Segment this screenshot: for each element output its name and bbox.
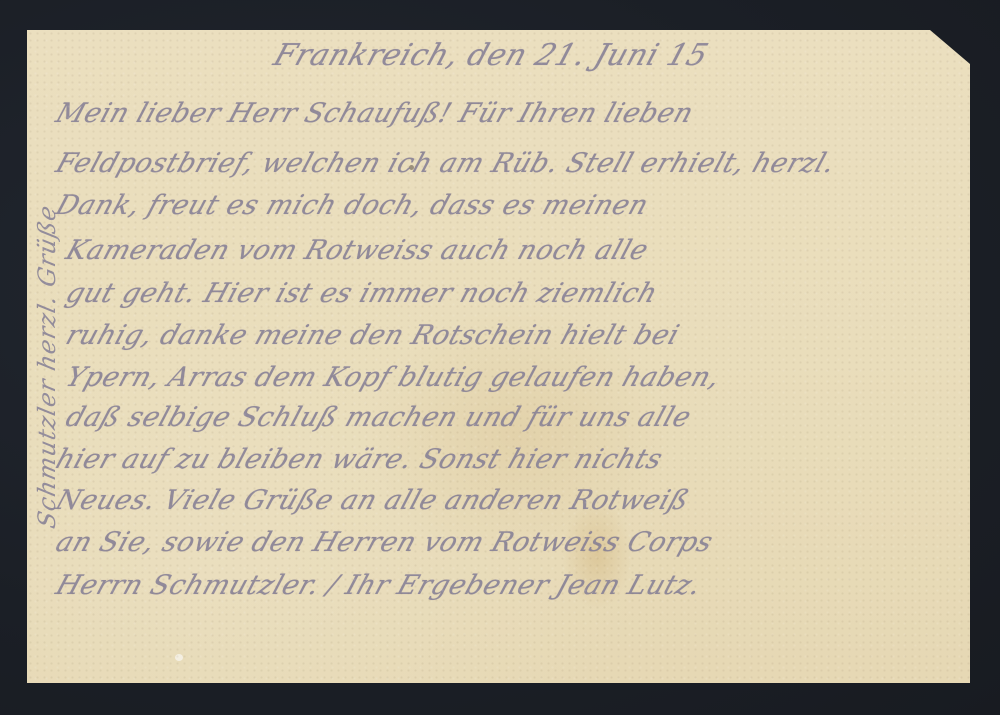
letter-line-7: Ypern, Arras dem Kopf blutig gelaufen ha… — [62, 362, 724, 393]
letter-line-1: Mein lieber Herr Schaufuß! Für Ihren lie… — [52, 98, 697, 129]
letter-line-2: Feldpostbrief, welchen ich am Rüb. Stell… — [52, 148, 839, 179]
letter-line-11: an Sie, sowie den Herren vom Rotweiss Co… — [52, 527, 717, 558]
letter-line-3: Dank, freut es mich doch, dass es meinen — [52, 190, 652, 221]
place-date-heading: Frankreich, den 21. Juni 15 — [269, 38, 712, 73]
letter-line-9: hier auf zu bleiben wäre. Sonst hier nic… — [52, 444, 667, 475]
postcard: Frankreich, den 21. Juni 15 Mein lieber … — [27, 30, 970, 683]
letter-line-4: Kameraden vom Rotweiss auch noch alle — [62, 235, 652, 266]
letter-line-6: ruhig, danke meine den Rotschein hielt b… — [62, 320, 683, 351]
paper-spot — [175, 654, 183, 661]
letter-line-8: daß selbige Schluß machen und für uns al… — [62, 402, 695, 433]
letter-line-10: Neues. Viele Grüße an alle anderen Rotwe… — [52, 485, 693, 516]
letter-line-5: gut geht. Hier ist es immer noch ziemlic… — [62, 278, 662, 309]
vertical-margin-note: Schmutzler herzl. Grüße — [33, 65, 61, 531]
letter-line-12-signature: Herrn Schmutzler. / Ihr Ergebener Jean L… — [52, 570, 705, 601]
